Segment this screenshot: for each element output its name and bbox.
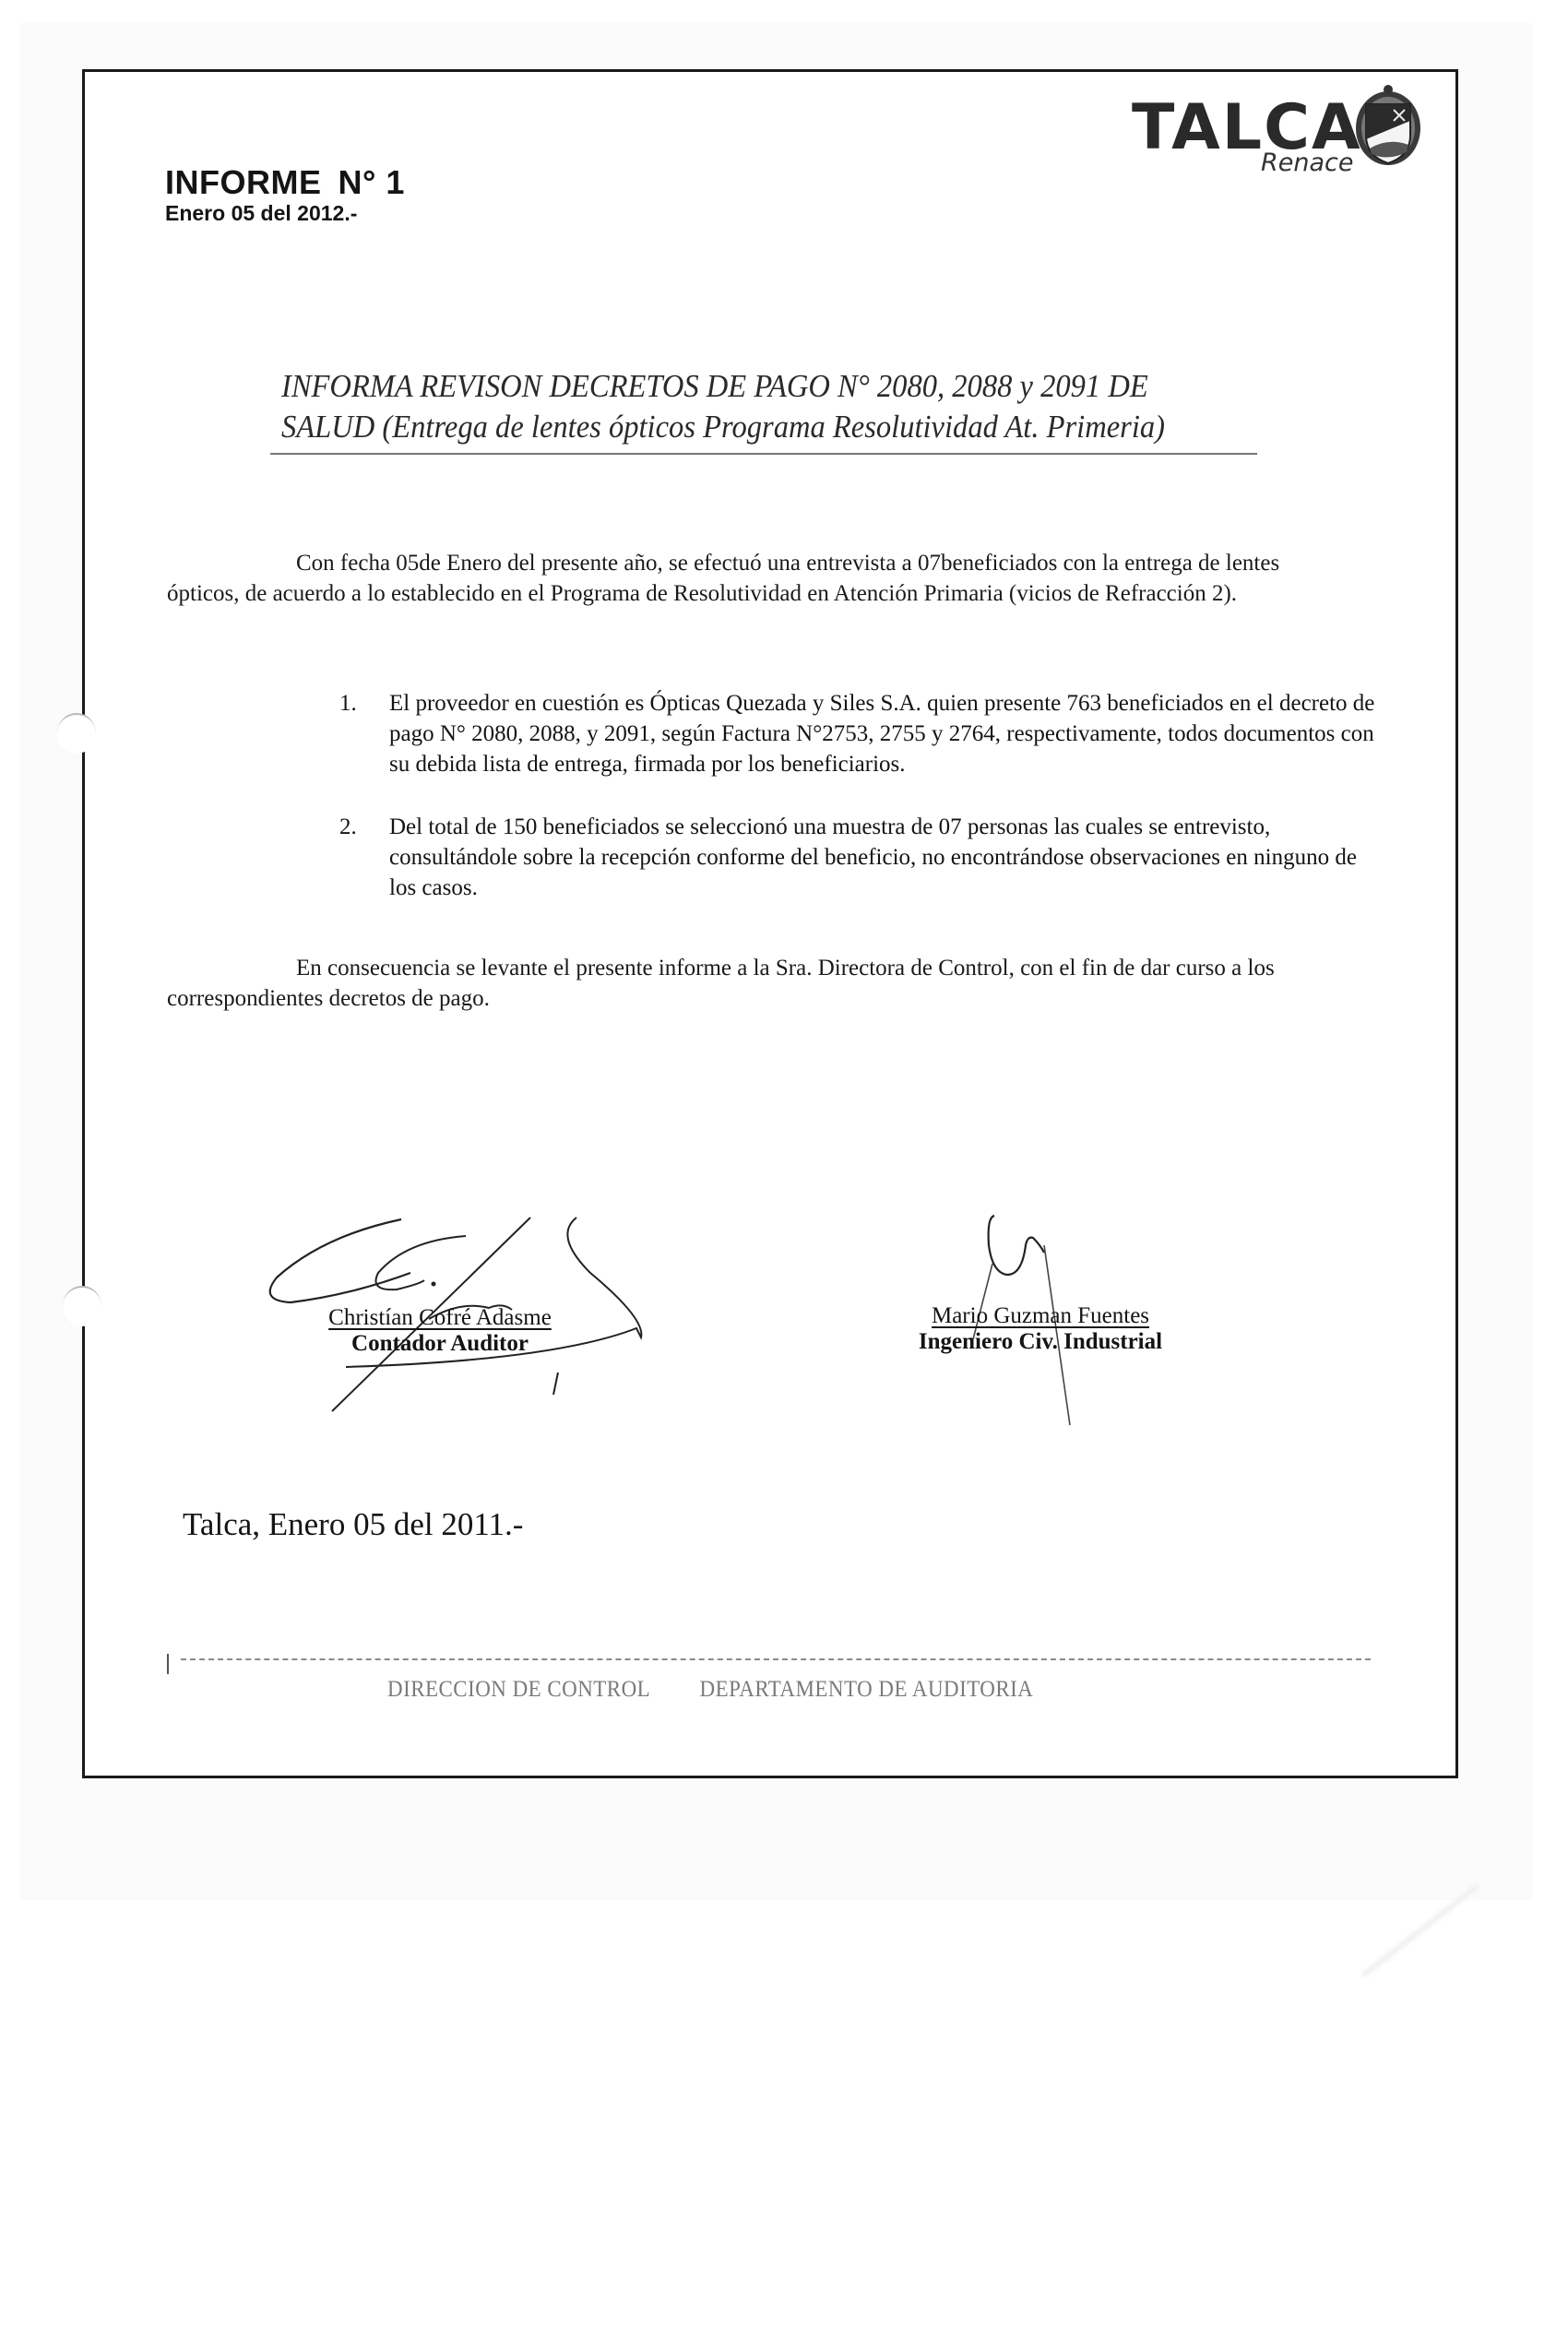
- signature-block-auditor: Christían Cofré Adasme Contador Auditor: [302, 1305, 578, 1357]
- report-label: INFORME: [165, 163, 322, 201]
- title-line-2: SALUD (Entrega de lentes ópticos Program…: [281, 407, 1217, 447]
- punch-hole-mark: [63, 1286, 101, 1326]
- logo-tagline: Renace: [1261, 149, 1354, 177]
- footer-department-control: DIRECCION DE CONTROL: [387, 1677, 650, 1702]
- finding-text: Del total de 150 beneficiados se selecci…: [389, 812, 1385, 903]
- footer-department-audit: DEPARTAMENTO DE AUDITORIA: [700, 1677, 1034, 1702]
- signer-role: Contador Auditor: [302, 1331, 578, 1357]
- place-and-date: Talca, Enero 05 del 2011.-: [183, 1506, 523, 1543]
- report-title: INFORMA REVISON DECRETOS DE PAGO N° 2080…: [281, 366, 1217, 447]
- finding-text: El proveedor en cuestión es Ópticas Quez…: [389, 688, 1385, 779]
- footer-dashed-rule: [181, 1658, 1371, 1660]
- signer-role: Ingeniero Civ. Industrial: [902, 1329, 1179, 1355]
- title-line-1: INFORMA REVISON DECRETOS DE PAGO N° 2080…: [281, 366, 1217, 407]
- talca-logo: TALCA Renace: [1121, 78, 1434, 180]
- finding-number: 2.: [339, 812, 357, 842]
- conclusion-paragraph: En consecuencia se levante el presente i…: [167, 953, 1384, 1014]
- municipal-coat-of-arms-icon: [1353, 84, 1423, 169]
- report-number: N° 1: [339, 163, 405, 201]
- signature-block-engineer: Mario Guzman Fuentes Ingeniero Civ. Indu…: [902, 1303, 1179, 1355]
- footer-tick-mark: [167, 1654, 169, 1674]
- finding-number: 1.: [339, 688, 357, 719]
- footer-departments: DIRECCION DE CONTROLDEPARTAMENTO DE AUDI…: [387, 1677, 1033, 1703]
- report-number-heading: INFORMEN° 1: [165, 163, 405, 202]
- signer-name: Christían Cofré Adasme: [302, 1305, 578, 1331]
- punch-hole-mark: [57, 713, 96, 754]
- intro-paragraph: Con fecha 05de Enero del presente año, s…: [167, 548, 1357, 609]
- report-date: Enero 05 del 2012.-: [165, 201, 357, 226]
- title-underline: [270, 453, 1257, 455]
- signer-name: Mario Guzman Fuentes: [902, 1303, 1179, 1329]
